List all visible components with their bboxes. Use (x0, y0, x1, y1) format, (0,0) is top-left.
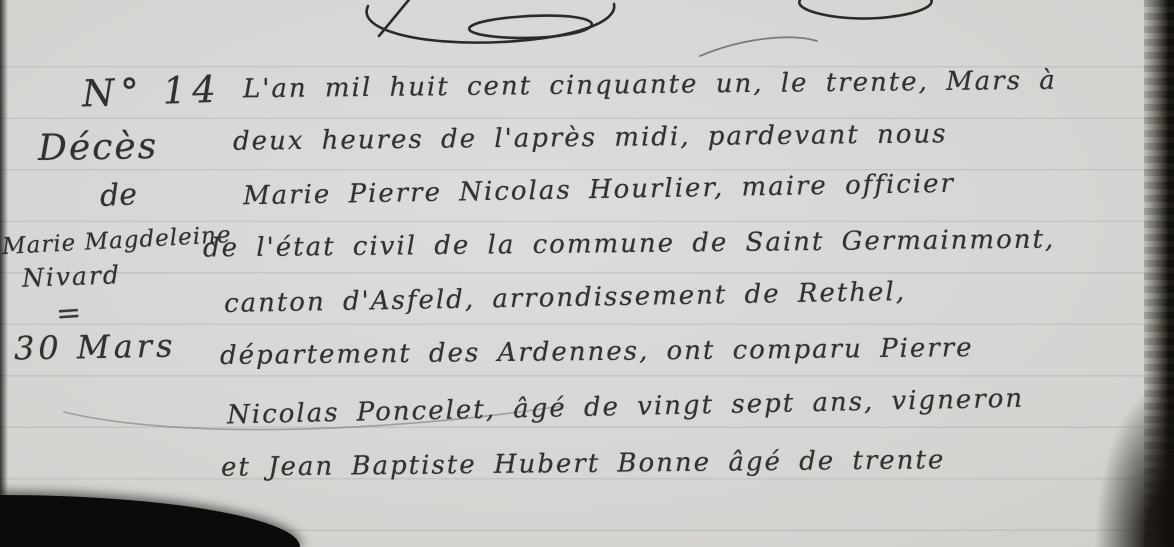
act-line: département des Ardennes, ont comparu Pi… (220, 333, 974, 371)
register-page-scan: N° 14 Décès de Marie Magdeleine Nivard =… (0, 0, 1174, 547)
deceased-name-line1: Marie Magdeleine (1, 222, 232, 260)
margin-separator: = (55, 295, 83, 332)
act-line: Nicolas Poncelet, âgé de vingt sept ans,… (227, 384, 1025, 431)
scan-edge-right (1144, 0, 1174, 547)
act-line: L'an mil huit cent cinquante un, le tren… (243, 66, 1057, 105)
margin-preposition: de (99, 177, 138, 214)
act-line: canton d'Asfeld, arrondissement de Rethe… (224, 277, 906, 319)
act-line: deux heures de l'après midi, pardevant n… (233, 119, 948, 156)
record-number: N° 14 (81, 68, 222, 116)
act-line: et Jean Baptiste Hubert Bonne âgé de tre… (221, 445, 946, 483)
deceased-name-line2: Nivard (22, 260, 122, 292)
scan-edge-left (0, 0, 8, 547)
act-line: de l'état civil de la commune de Saint G… (203, 225, 1056, 264)
margin-date: 30 Mars (14, 327, 177, 368)
scan-shadow-bottom-right (1094, 377, 1174, 547)
act-line: Marie Pierre Nicolas Hourlier, maire off… (243, 169, 955, 211)
record-type-deces: Décès (38, 126, 159, 169)
scan-corner-black (0, 495, 300, 547)
